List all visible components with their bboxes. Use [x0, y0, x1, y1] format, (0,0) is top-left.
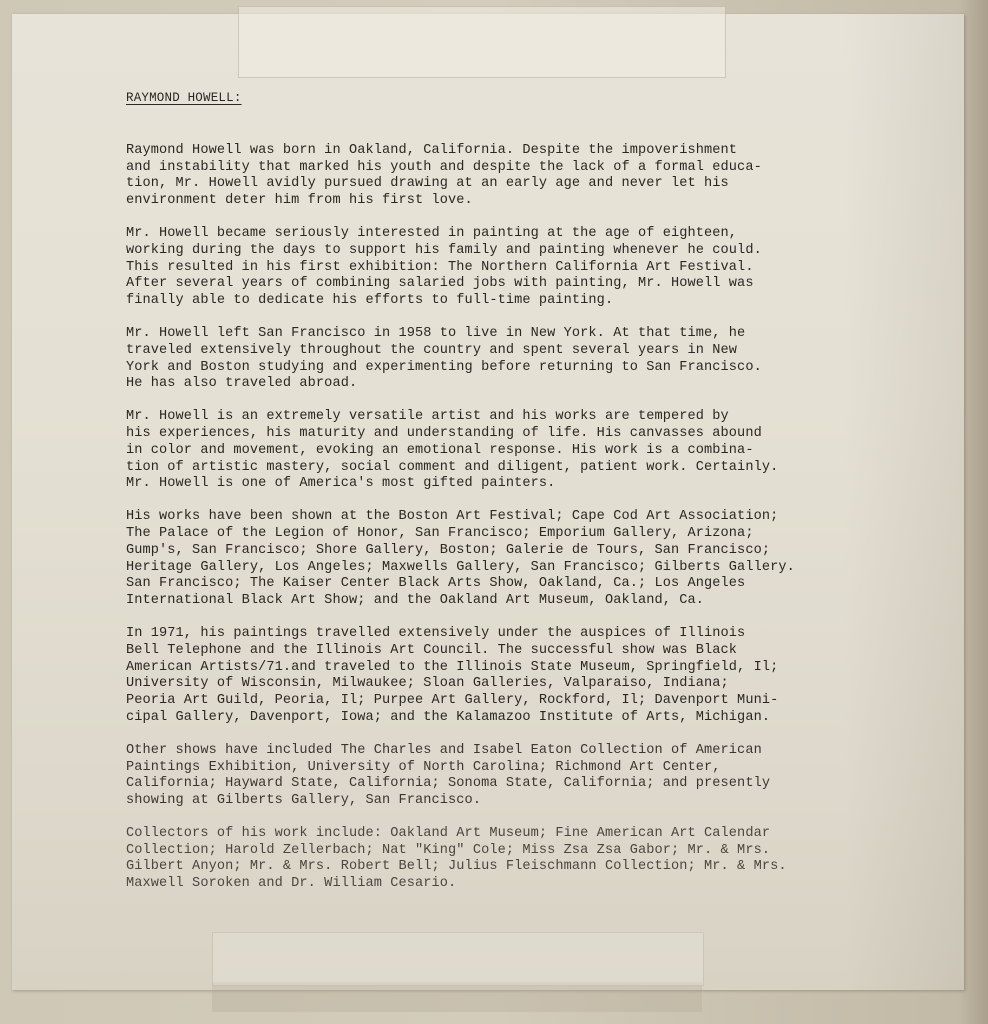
document-title: RAYMOND HOWELL:: [126, 90, 242, 107]
paragraph-biography: Raymond Howell was born in Oakland, Cali…: [126, 143, 886, 210]
paragraph-artistry: Mr. Howell is an extremely versatile art…: [126, 409, 886, 493]
document-body: RAYMOND HOWELL: Raymond Howell was born …: [126, 90, 886, 909]
paragraph-travels: Mr. Howell left San Francisco in 1958 to…: [126, 326, 886, 393]
tape-strip-bottom: [212, 932, 704, 986]
tape-strip-top: [238, 6, 726, 78]
paragraph-1971-tour: In 1971, his paintings travelled extensi…: [126, 626, 886, 727]
paragraph-other-shows: Other shows have included The Charles an…: [126, 743, 886, 810]
paragraph-early-career: Mr. Howell became seriously interested i…: [126, 226, 886, 310]
paragraph-collectors: Collectors of his work include: Oakland …: [126, 826, 886, 893]
tape-residue-bottom: [212, 982, 702, 1012]
paragraph-exhibitions: His works have been shown at the Boston …: [126, 509, 886, 610]
